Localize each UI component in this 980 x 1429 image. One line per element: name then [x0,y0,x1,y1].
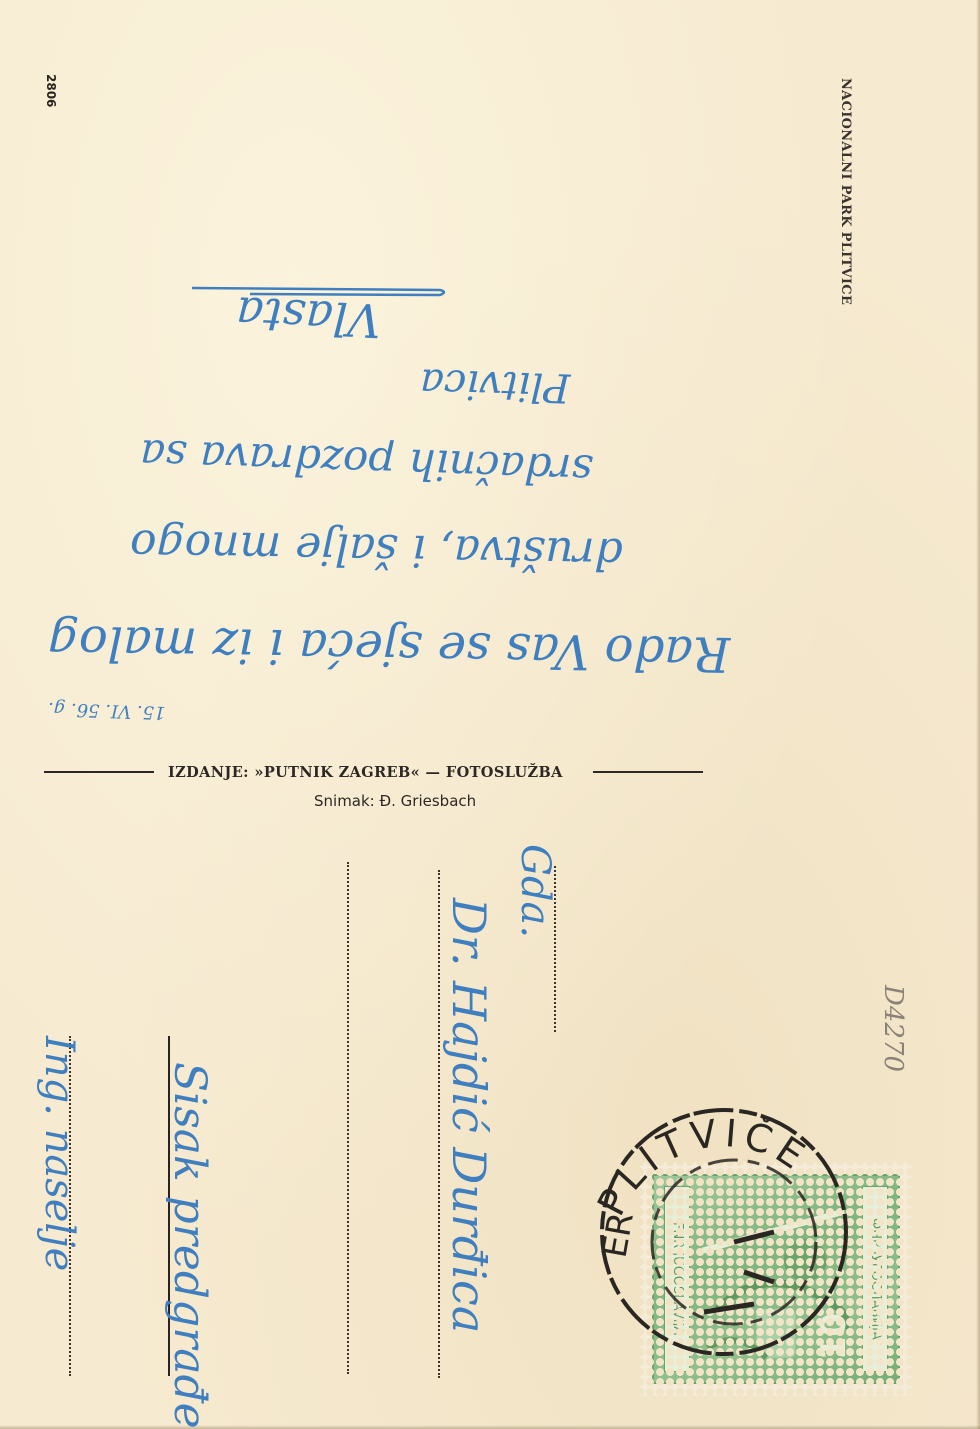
message-line: društva, i šalje mnogo [130,520,624,580]
message-line: srdačnih pozdrava sa [139,430,593,495]
address-line-3: Sisak predgrađe [164,1062,215,1429]
signature-underline [190,282,450,298]
stamp-country-cyrillic: ФНР ЈУГОСЛАВИЈА [862,1186,888,1372]
stamp-country-latin: FNR JUGOSLAVIJA [664,1186,690,1372]
stamp-design: FNR JUGOSLAVIJA ФНР ЈУГОСЛАВИЈА 10 [652,1174,900,1384]
address-line [347,862,349,1374]
card-edge [0,1425,980,1429]
message-line: Rado Vas se sjeća i iz malog [48,614,731,682]
postage-stamp: FNR JUGOSLAVIJA ФНР ЈУГОСЛАВИЈА 10 [640,1162,912,1396]
archive-number: D4270 [878,985,908,1072]
address-line-2: Dr. Hajdić Durđica [442,898,496,1333]
photo-credit: Snimak: Đ. Griesbach [314,792,476,810]
divider [44,771,154,773]
divider [593,771,703,773]
postmark-partial: ER [595,1209,642,1260]
card-edge [976,0,980,1429]
publisher-line: IZDANJE: »PUTNIK ZAGREB« — FOTOSLUŽBA [168,764,563,781]
address-line-1: Gda. [512,844,558,938]
postcard-title: NACIONALNI PARK PLITVICE [838,78,853,305]
message-line: Plitvica [419,359,571,410]
message-date: 15. VI. 56. g. [48,698,166,723]
stamp-denomination: 10 [814,1313,854,1360]
postcard-back: 2806 NACIONALNI PARK PLITVICE Vlasta Pli… [0,0,980,1429]
address-line-4: Ing. naselje [36,1036,82,1271]
serial-number: 2806 [44,74,58,107]
publisher-imprint: IZDANJE: »PUTNIK ZAGREB« — FOTOSLUŽBA [44,760,900,784]
address-line [438,870,440,1378]
